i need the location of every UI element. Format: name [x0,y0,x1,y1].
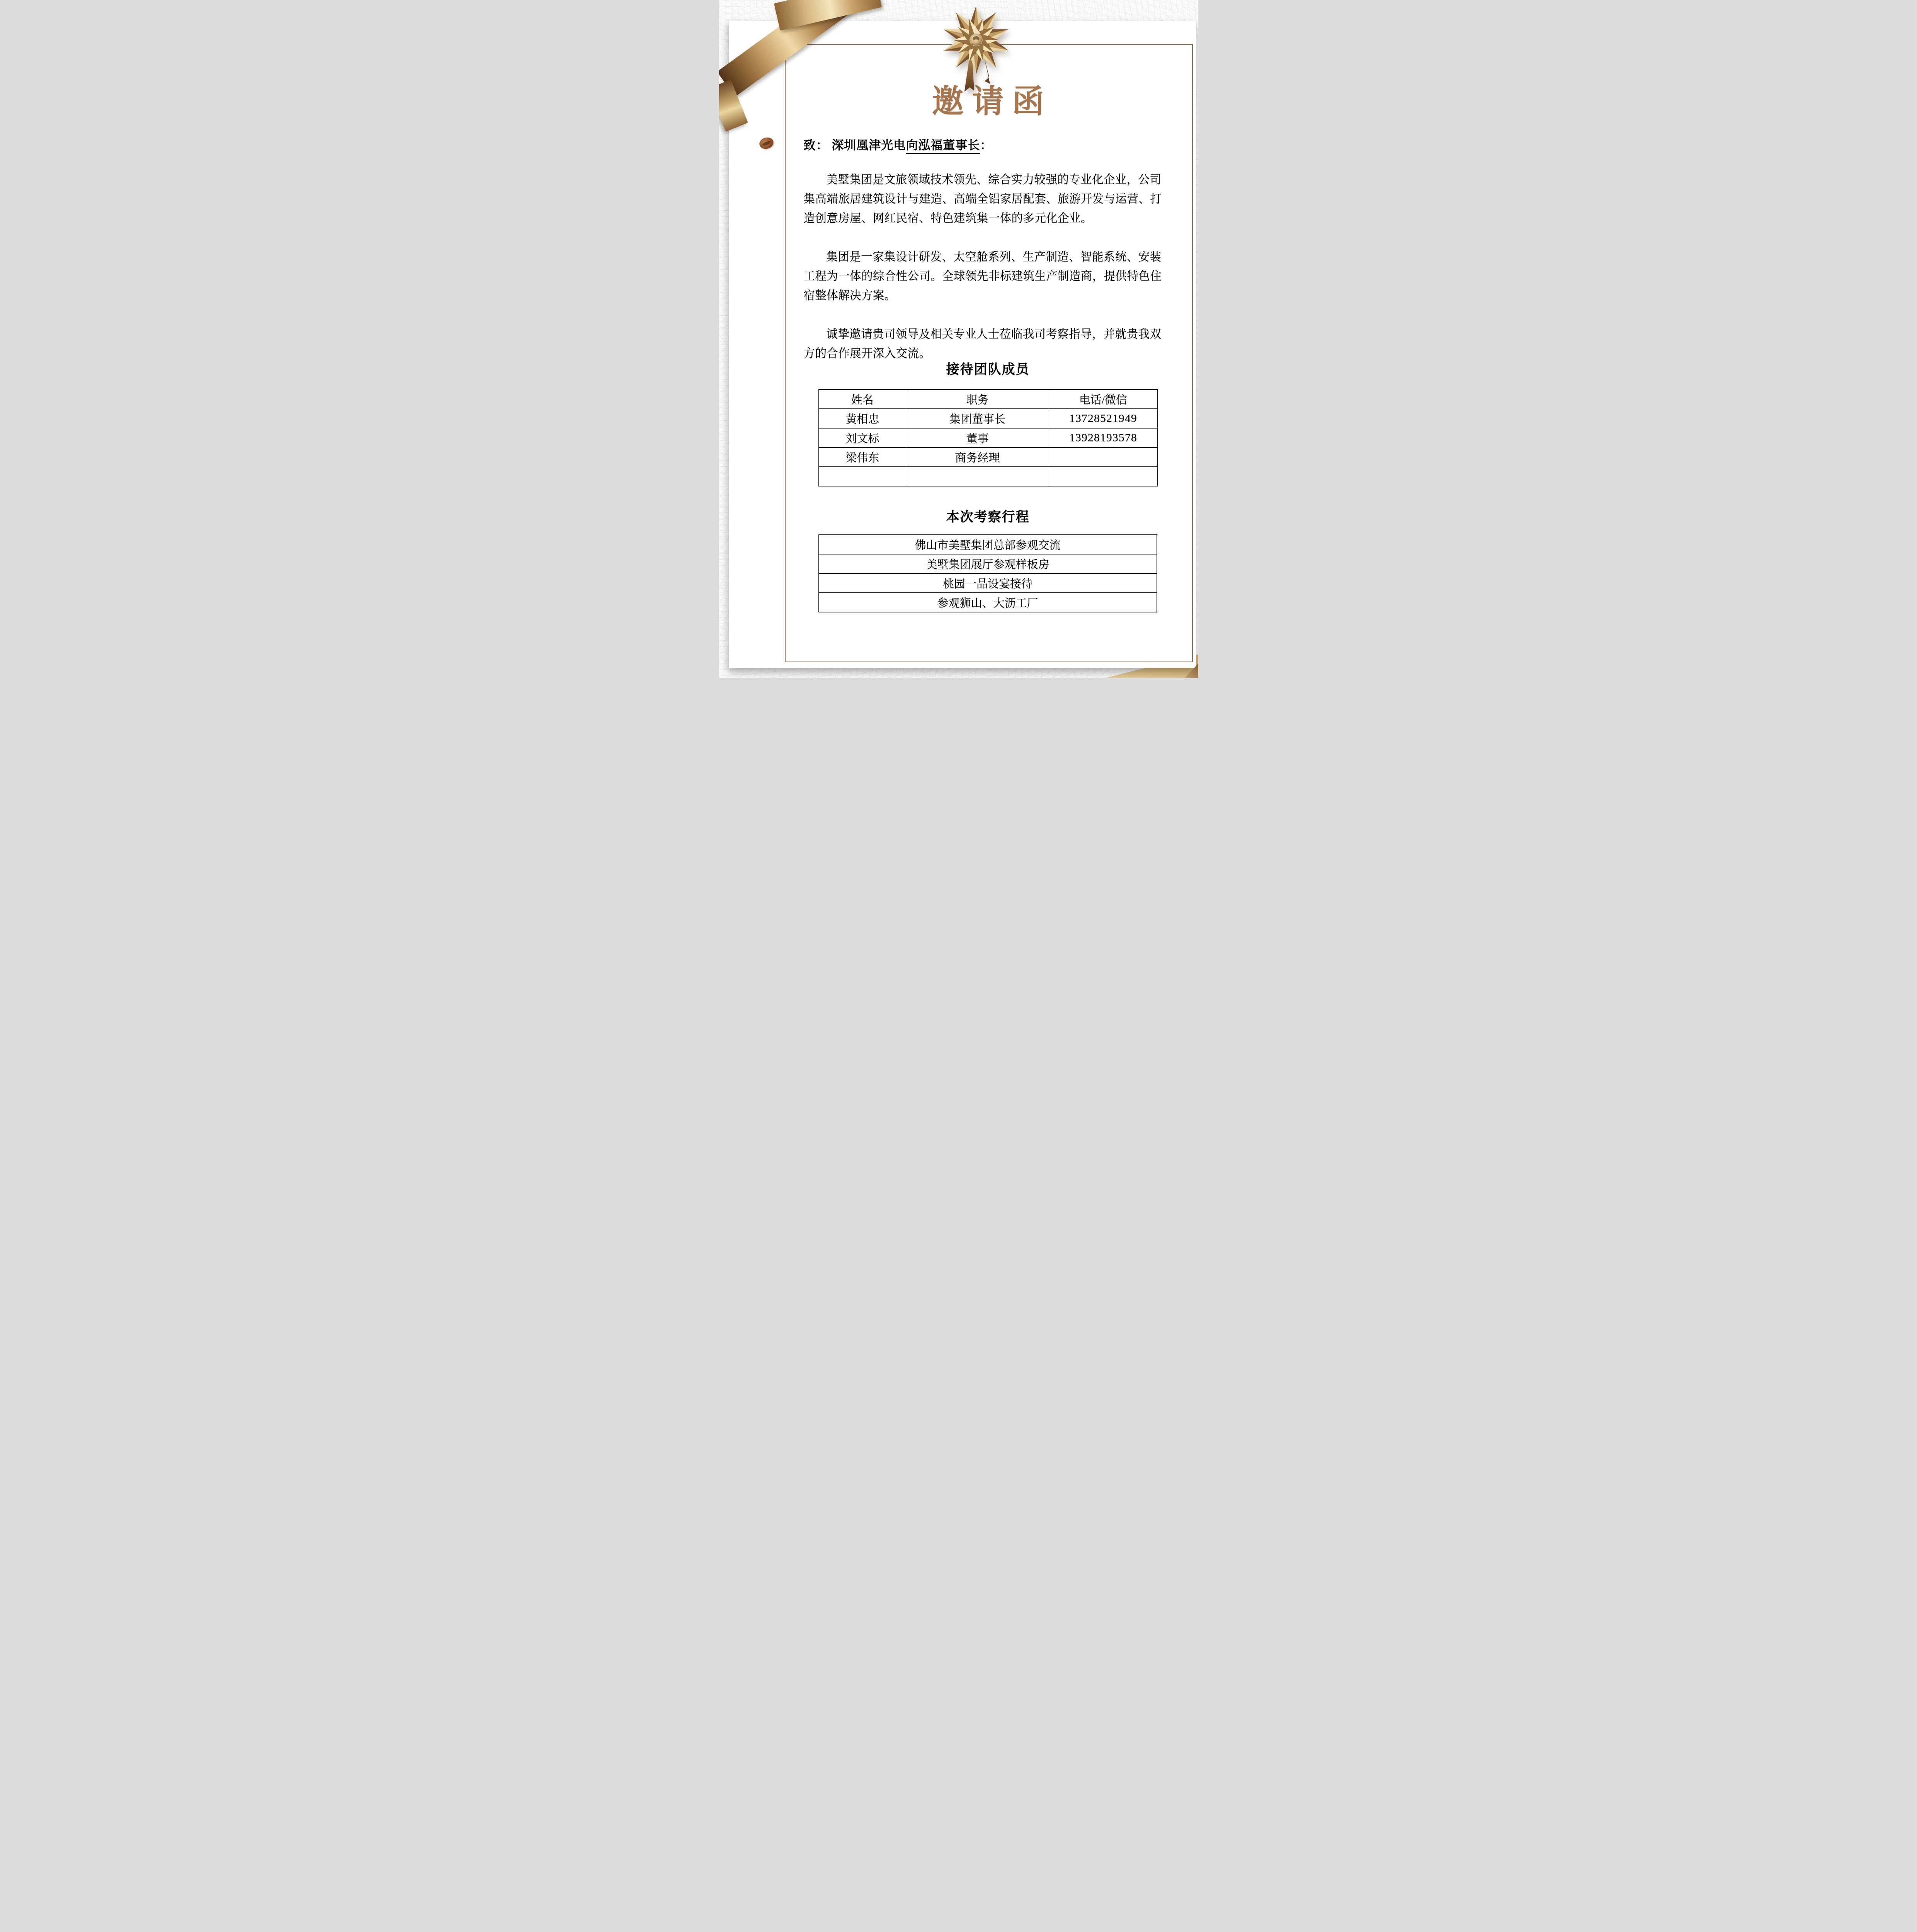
itinerary-item: 美墅集团展厅参观样板房 [819,554,1157,573]
cell-phone [1049,467,1158,486]
cell-name: 黄相忠 [819,409,906,428]
itinerary-item: 桃园一品设宴接待 [819,573,1157,593]
itinerary-table: 佛山市美墅集团总部参观交流 美墅集团展厅参观样板房 桃园一品设宴接待 参观狮山、… [818,534,1157,612]
paragraph-line: 工程为一体的综合性公司。全球领先非标建筑生产制造商，提供特色住 [804,267,1171,286]
paragraph-line: 集高端旅居建筑设计与建造、高端全铝家居配套、旅游开发与运营、打 [804,189,1171,209]
paragraph-line: 造创意房屋、网红民宿、特色建筑集一体的多元化企业。 [804,209,1171,228]
paragraph-invitation: 诚挚邀请贵司领导及相关专业人士莅临我司考察指导，并就贵我双 方的合作展开深入交流… [804,325,1171,363]
cell-name [819,467,906,486]
bean-crease [762,140,771,146]
itinerary-item: 参观狮山、大沥工厂 [819,593,1157,612]
itinerary-section-heading: 本次考察行程 [785,506,1191,525]
paragraph-line: 美墅集团是文旅领域技术领先、综合实力较强的专业化企业，公司 [804,170,1171,189]
table-row: 梁伟东 商务经理 [819,447,1158,467]
itinerary-item: 佛山市美墅集团总部参观交流 [819,535,1157,554]
invitation-page: 邀请函 致： 深圳凰津光电向泓福董事长： 美墅集团是文旅领域技术领先、综合实力较… [719,0,1198,678]
paragraph-line: 诚挚邀请贵司领导及相关专业人士莅临我司考察指导，并就贵我双 [804,325,1171,344]
cell-title [906,467,1049,486]
salutation-line: 致： 深圳凰津光电向泓福董事长： [804,135,993,153]
table-row: 刘文标 董事 13928193578 [819,428,1158,447]
cell-phone [1049,447,1158,467]
cell-phone: 13928193578 [1049,428,1158,447]
table-row-empty [819,467,1158,486]
paragraph-group-business: 集团是一家集设计研发、太空舱系列、生产制造、智能系统、安装 工程为一体的综合性公… [804,247,1171,305]
cell-phone: 13728521949 [1049,409,1158,428]
reception-team-table: 姓名 职务 电话/微信 黄相忠 集团董事长 13728521949 刘文标 董事… [818,389,1158,486]
salutation-colon: ： [980,138,992,152]
cell-title: 集团董事长 [906,409,1049,428]
paragraph-line: 集团是一家集设计研发、太空舱系列、生产制造、智能系统、安装 [804,247,1171,267]
table-row: 黄相忠 集团董事长 13728521949 [819,409,1158,428]
col-header-title: 职务 [906,389,1049,409]
col-header-phone: 电话/微信 [1049,389,1158,409]
paragraph-company-intro: 美墅集团是文旅领域技术领先、综合实力较强的专业化企业，公司 集高端旅居建筑设计与… [804,170,1171,228]
table-row: 参观狮山、大沥工厂 [819,593,1157,612]
cell-name: 梁伟东 [819,447,906,467]
table-header-row: 姓名 职务 电话/微信 [819,389,1158,409]
table-row: 美墅集团展厅参观样板房 [819,554,1157,573]
body-paragraphs: 美墅集团是文旅领域技术领先、综合实力较强的专业化企业，公司 集高端旅居建筑设计与… [804,170,1171,383]
salutation-prefix: 致： 深圳凰津光电 [804,138,906,152]
team-section-heading: 接待团队成员 [785,359,1191,378]
cell-title: 董事 [906,428,1049,447]
salutation-recipient-underlined: 向泓福董事长 [906,138,980,154]
table-row: 桃园一品设宴接待 [819,573,1157,593]
table-row: 佛山市美墅集团总部参观交流 [819,535,1157,554]
cell-name: 刘文标 [819,428,906,447]
cell-title: 商务经理 [906,447,1049,467]
paragraph-line: 宿整体解决方案。 [804,286,1171,305]
gift-bow-icon [941,3,1011,94]
col-header-name: 姓名 [819,389,906,409]
